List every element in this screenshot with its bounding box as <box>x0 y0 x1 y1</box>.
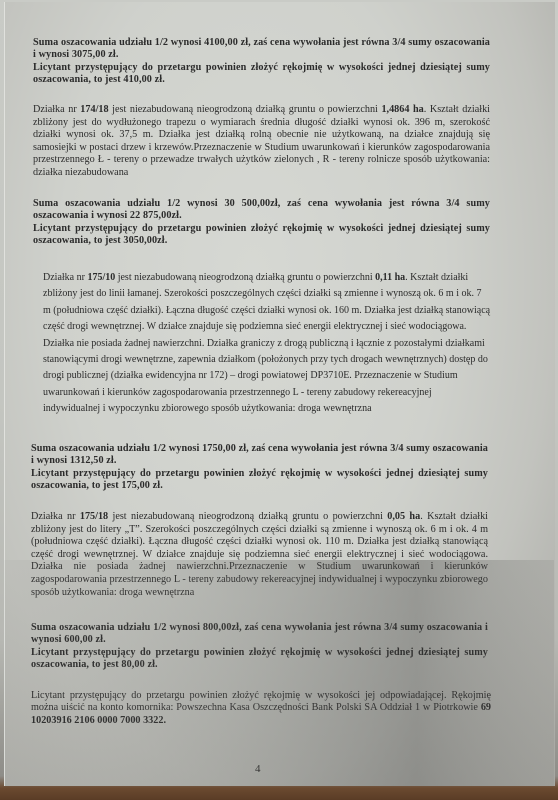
valuation-line: Suma oszacowania udziału 1/2 wynosi 30 5… <box>33 198 490 223</box>
valuation-line: Suma oszacowania udziału 1/2 wynosi 800,… <box>31 622 488 647</box>
parcel-area: 1,4864 ha <box>381 104 423 115</box>
parcel-text: . Kształt działki zbliżony jest do wydłu… <box>33 104 490 178</box>
valuation-line: Suma oszacowania udziału 1/2 wynosi 4100… <box>33 37 490 62</box>
parcel-number: 175/10 <box>87 272 115 283</box>
deposit-line: Licytant przystępujący do przetargu powi… <box>33 62 490 87</box>
parcel-number: 175/18 <box>80 511 108 522</box>
parcel-description-175-18: Działka nr 175/18 jest niezabudowaną nie… <box>31 511 488 599</box>
parcel-area: 0,05 ha <box>387 511 420 522</box>
page-number: 4 <box>255 763 261 775</box>
deposit-payment-info: Licytant przystępujący do przetargu powi… <box>31 690 491 727</box>
parcel-prefix: Działka nr <box>43 272 87 283</box>
valuation-summary-175-18: Suma oszacowania udziału 1/2 wynosi 800,… <box>31 622 488 672</box>
parcel-text: jest niezabudowaną nieogrodzoną działką … <box>115 272 375 283</box>
valuation-line: Suma oszacowania udziału 1/2 wynosi 1750… <box>31 443 488 468</box>
parcel-text: jest niezabudowaną nieogrodzoną działką … <box>108 511 387 522</box>
valuation-summary-175-10: Suma oszacowania udziału 1/2 wynosi 1750… <box>31 443 488 493</box>
valuation-summary-174-18-b: Suma oszacowania udziału 1/2 wynosi 30 5… <box>33 198 490 248</box>
parcel-text: . Kształt działki zbliżony jest do liter… <box>31 511 488 598</box>
parcel-prefix: Działka nr <box>31 511 80 522</box>
parcel-description-174-18: Działka nr 174/18 jest niezabudowaną nie… <box>33 104 490 179</box>
deposit-line: Licytant przystępujący do przetargu powi… <box>31 468 488 493</box>
parcel-number: 174/18 <box>80 104 108 115</box>
parcel-area: 0,11 ha <box>375 272 405 283</box>
deposit-line: Licytant przystępujący do przetargu powi… <box>31 647 488 672</box>
deposit-text: Licytant przystępujący do przetargu powi… <box>31 690 491 713</box>
valuation-summary-174-18-a: Suma oszacowania udziału 1/2 wynosi 4100… <box>33 37 490 87</box>
parcel-prefix: Działka nr <box>33 104 80 115</box>
parcel-description-175-10: Działka nr 175/10 jest niezabudowaną nie… <box>29 270 491 418</box>
deposit-line: Licytant przystępujący do przetargu powi… <box>33 223 490 248</box>
parcel-text: jest niezabudowaną nieogrodzoną działką … <box>109 104 382 115</box>
parcel-text: . Kształt działki zbliżony jest do linii… <box>43 272 490 414</box>
